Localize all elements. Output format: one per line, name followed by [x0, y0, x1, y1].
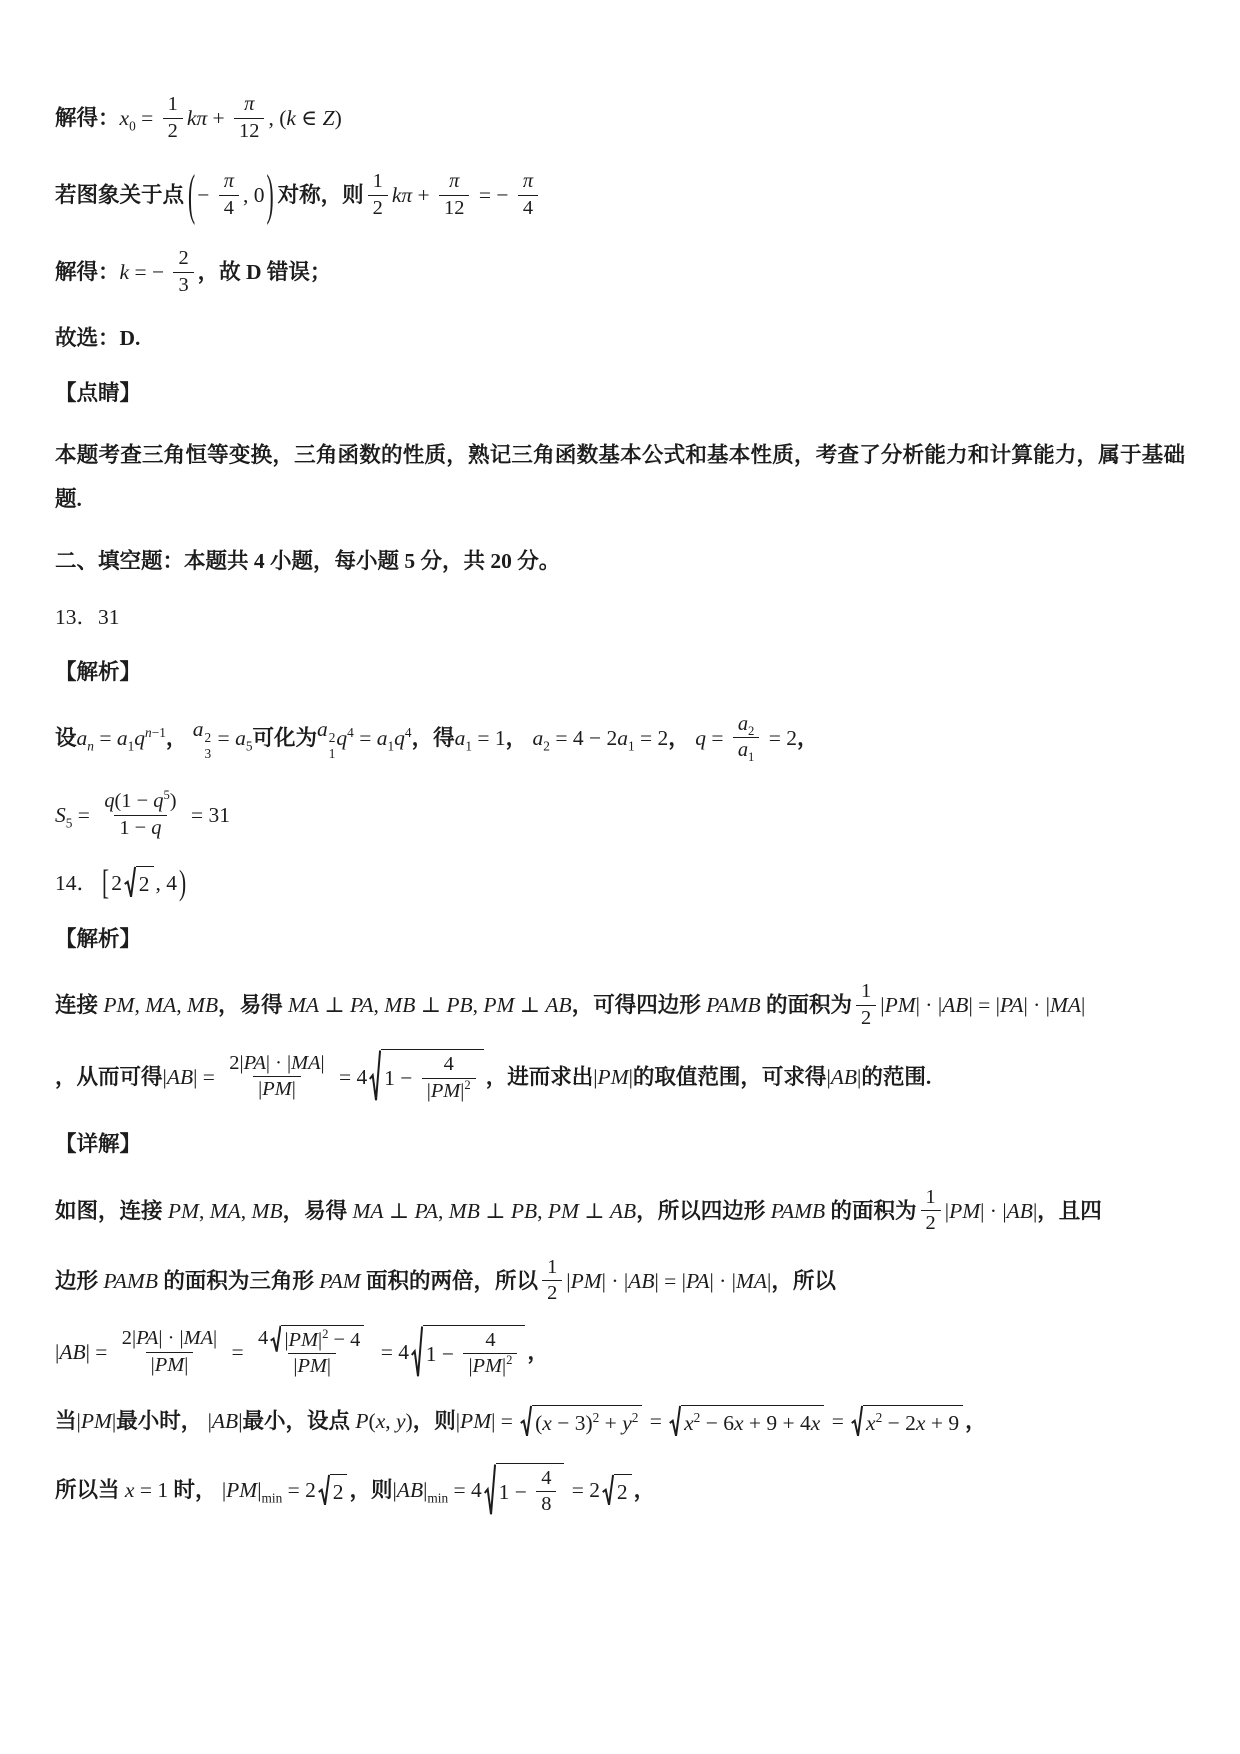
math-run: =	[644, 1406, 667, 1436]
text-run: 最小，设点	[243, 1406, 356, 1436]
fraction: π12	[234, 92, 264, 144]
math-run: 2|PA| · |MA|	[229, 1052, 324, 1074]
radical: 1 − 4|PM|2	[411, 1325, 525, 1380]
subscripted-term: a1	[117, 723, 134, 753]
superscripted-term: |PM|2	[427, 1080, 471, 1102]
math-run: |PM| · |AB|	[945, 1196, 1038, 1226]
math-run: 1	[373, 170, 383, 192]
math-run: |PM|	[593, 1062, 633, 1092]
math-run: 2	[861, 1007, 871, 1029]
math-run: |PM|	[293, 1355, 331, 1377]
fence-content: 22, 4	[111, 866, 177, 899]
math-run: PAMB	[771, 1196, 826, 1226]
math-run: 1	[547, 1256, 557, 1278]
math-run: = 2	[282, 1475, 316, 1505]
math-run: 1	[168, 93, 178, 115]
numerator: 2|PA| · |MA|	[224, 1051, 329, 1077]
math-run: =	[94, 723, 117, 753]
subscripted-term: a2	[533, 723, 550, 753]
radical: 1 − 48	[484, 1463, 565, 1518]
text-run: 的面积为	[825, 1196, 916, 1226]
math-run: P(x, y)	[355, 1406, 412, 1436]
text-run: 【点睛】	[55, 381, 141, 405]
math-run: |PM|	[222, 1478, 262, 1502]
fraction: q(1 − q5)1 − q	[99, 789, 181, 841]
math-run: |AB| =	[163, 1062, 221, 1092]
text-run: 若图象关于点	[55, 180, 184, 210]
fraction: a2a1	[733, 712, 760, 764]
radical: x2 − 2x + 9	[851, 1405, 963, 1438]
fraction: 4|PM|2	[463, 1328, 517, 1380]
math-run: |PM|	[284, 1329, 322, 1351]
math-run: π	[523, 170, 533, 192]
math-run: , 4	[156, 868, 178, 898]
text-run: 解得：	[55, 257, 120, 287]
radicand: 2	[136, 866, 154, 899]
fence-content: − π4, 0	[197, 169, 264, 221]
math-run: , (k ∈ Z)	[268, 103, 341, 133]
text-run: 二、填空题：本题共 4 小题，每小题 5 分，共 20 分。	[55, 549, 560, 573]
math-run: |PM| · |AB| = |PA| · |MA|	[566, 1266, 771, 1296]
radicand: 2	[330, 1474, 348, 1507]
fraction: 12	[163, 92, 183, 144]
text-run: ，故 D 错误；	[198, 257, 332, 287]
numerator: q(1 − q5)	[99, 789, 181, 815]
fraction: 2|PA| · |MA||PM|	[117, 1326, 222, 1378]
para-detail-line1: 如图，连接 PM, MA, MB，易得 MA ⊥ PA, MB ⊥ PB, PM…	[55, 1185, 1185, 1237]
formula-ab-expression: |AB| = 2|PA| · |MA||PM| = 4|PM|2 − 4|PM|…	[55, 1325, 1185, 1380]
math-run: |AB|	[826, 1062, 861, 1092]
math-run: 2|PA| · |MA|	[122, 1327, 217, 1349]
close-delimiter: )	[177, 859, 188, 907]
formula-geometric-setup: 设an = a1qn−1， a23 = a5可化为a21q4 = a1q4，得a…	[55, 712, 1185, 764]
text-run: ，则	[349, 1475, 392, 1505]
math-run: a	[738, 713, 748, 735]
radical: 1 − 4|PM|2	[369, 1049, 483, 1104]
text-run: 对称，则	[278, 180, 364, 210]
math-run: π	[449, 170, 459, 192]
text-run: ，进而求出	[486, 1062, 594, 1092]
math-run: 1 −	[426, 1339, 460, 1369]
fraction: 12	[921, 1185, 941, 1237]
fraction: 4|PM|2 − 4|PM|	[253, 1325, 371, 1380]
fraction: 23	[173, 246, 193, 298]
text-run: 连接	[55, 990, 103, 1020]
denominator: 8	[536, 1491, 556, 1518]
math-run: a	[377, 726, 388, 750]
sub-sup-term: a21	[317, 714, 336, 762]
math-run: 13．31	[55, 605, 120, 629]
numerator: 1	[856, 979, 876, 1005]
formula-solve-x0: 解得：x0 = 12kπ + π12, (k ∈ Z)	[55, 92, 1185, 144]
fraction: π12	[439, 169, 469, 221]
math-run: a	[455, 726, 466, 750]
text-run: ，易得	[218, 990, 288, 1020]
text-run: 如图，连接	[55, 1196, 168, 1226]
math-run: 4	[258, 1327, 268, 1349]
superscripted-term: q4	[336, 723, 353, 753]
radical: 2	[602, 1474, 632, 1507]
fenced-group: (− π4, 0)	[186, 169, 276, 221]
math-run: 1 −	[499, 1477, 533, 1507]
math-run: 4	[444, 1053, 454, 1075]
text-run: ，所以四边形	[636, 1196, 770, 1226]
radical: |PM|2 − 4	[270, 1325, 364, 1354]
math-run: a	[533, 726, 544, 750]
math-run: 12	[239, 120, 259, 142]
numerator: 4	[536, 1466, 556, 1492]
denominator: 4	[518, 195, 538, 222]
math-run: 1 − q	[119, 817, 161, 839]
math-run: |PM|	[151, 1354, 189, 1376]
math-run: − 4	[328, 1328, 360, 1354]
heading-dianjing: 【点睛】	[55, 378, 1185, 408]
math-run: |PM|	[77, 1406, 117, 1436]
numerator: π	[518, 169, 538, 195]
subscripted-term: x0	[120, 103, 136, 133]
math-run: S	[55, 803, 66, 827]
math-run: MA ⊥ PA, MB ⊥ PB, PM ⊥ AB	[352, 1196, 636, 1226]
numerator: 4|PM|2 − 4	[253, 1325, 371, 1354]
para-analysis-line1: 连接 PM, MA, MB，易得 MA ⊥ PA, MB ⊥ PB, PM ⊥ …	[55, 979, 1185, 1031]
math-run: |PM|	[258, 1078, 296, 1100]
text-run: 所以当	[55, 1475, 125, 1505]
numerator: 4	[480, 1328, 500, 1354]
radical-icon	[369, 1049, 381, 1104]
radical: 2	[318, 1474, 348, 1507]
text-run: 本题考查三角恒等变换，三角函数的性质，熟记三角函数基本公式和基本性质，考查了分析…	[55, 443, 1185, 511]
numerator: 1	[542, 1255, 562, 1281]
radical-icon	[669, 1405, 681, 1438]
math-run: q(1 −	[104, 790, 153, 812]
subscripted-term: a1	[617, 723, 634, 753]
formula-min-values: 所以当 x = 1 时， |PM|min = 22，则|AB|min = 41 …	[55, 1463, 1185, 1518]
denominator: |PM|	[146, 1352, 194, 1379]
math-run: =	[212, 723, 235, 753]
math-run: −	[197, 180, 215, 210]
math-run: π	[224, 170, 234, 192]
math-run: 3	[178, 274, 188, 296]
math-run: 1	[926, 1186, 936, 1208]
math-run: x	[684, 1411, 694, 1435]
para-analysis-line2: ，从而可得|AB| = 2|PA| · |MA||PM| = 41 − 4|PM…	[55, 1049, 1185, 1104]
text-run: 的范围.	[861, 1062, 931, 1092]
radicand: |PM|2 − 4	[281, 1325, 364, 1354]
fraction: 4|PM|2	[422, 1052, 476, 1104]
text-run: 面积的两倍，所以	[361, 1266, 538, 1296]
denominator: |PM|	[253, 1076, 301, 1103]
radical-icon	[270, 1325, 281, 1354]
text-run: 解得：	[55, 103, 120, 133]
math-run: 2	[111, 868, 122, 898]
para-comment: 本题考查三角恒等变换，三角函数的性质，熟记三角函数基本公式和基本性质，考查了分析…	[55, 433, 1185, 521]
math-run: k = −	[120, 257, 170, 287]
text-run: 故选：D.	[55, 326, 140, 350]
math-run: a	[738, 739, 748, 761]
numerator: 2|PA| · |MA|	[117, 1326, 222, 1352]
text-run: ，	[668, 723, 695, 753]
answer-13: 13．31	[55, 602, 1185, 632]
math-run: |PM| =	[456, 1406, 519, 1436]
subscripted-term: |PM|min	[222, 1475, 282, 1505]
para-detail-line2: 边形 PAMB 的面积为三角形 PAM 面积的两倍，所以12|PM| · |AB…	[55, 1255, 1185, 1307]
math-run: , 0	[243, 180, 265, 210]
radicand: x2 − 2x + 9	[863, 1405, 963, 1438]
radical-icon	[124, 866, 136, 899]
math-run: 2	[139, 869, 150, 899]
subscripted-term: a1	[455, 723, 472, 753]
radical: 2	[124, 866, 154, 899]
math-run: = 4	[334, 1062, 368, 1092]
math-run: |AB|	[208, 1406, 243, 1436]
math-run: = 31	[186, 800, 230, 830]
superscripted-term: q4	[394, 723, 411, 753]
radical-icon	[411, 1325, 423, 1380]
math-run: = 1	[472, 723, 506, 753]
math-run: 2	[617, 1477, 628, 1507]
document-page: 解得：x0 = 12kπ + π12, (k ∈ Z) 若图象关于点(− π4,…	[0, 0, 1240, 1518]
formula-pm-distance: 当|PM|最小时， |AB|最小，设点 P(x, y)，则|PM| = (x −…	[55, 1405, 1185, 1438]
superscripted-term: y2	[622, 1408, 638, 1438]
subscripted-term: a5	[235, 723, 252, 753]
math-run: |PM|	[427, 1080, 465, 1102]
math-run: = 4	[448, 1475, 482, 1505]
radicand: x2 − 6x + 9 + 4x	[681, 1405, 824, 1438]
math-run: 14．	[55, 868, 98, 898]
numerator: 1	[921, 1185, 941, 1211]
math-run: q =	[695, 723, 729, 753]
formula-symmetry-condition: 若图象关于点(− π4, 0)对称，则12kπ + π12 = − π4	[55, 169, 1185, 221]
math-run: PM, MA, MB	[168, 1196, 283, 1226]
sub-sup-term: a23	[193, 714, 212, 762]
text-run: ，从而可得	[55, 1062, 163, 1092]
math-run: a	[117, 726, 128, 750]
text-run: ，	[965, 1406, 987, 1436]
math-run: PAMB	[103, 1266, 158, 1296]
math-run: kπ +	[187, 103, 230, 133]
radicand: 1 − 48	[496, 1463, 565, 1518]
math-run: PAM	[319, 1266, 360, 1296]
math-run: 2	[373, 197, 383, 219]
text-run: 可化为	[252, 723, 317, 753]
math-run: kπ +	[392, 180, 435, 210]
math-run: q	[134, 726, 145, 750]
denominator: a1	[733, 737, 760, 764]
math-run: − 6x + 9 + 4x	[700, 1408, 820, 1438]
fraction: π4	[518, 169, 538, 221]
fraction: 12	[856, 979, 876, 1031]
denominator: 2	[542, 1280, 562, 1307]
denominator: 2	[368, 195, 388, 222]
math-run: = 4	[375, 1337, 409, 1367]
math-run: a	[193, 717, 204, 741]
formula-solve-k: 解得：k = − 23，故 D 错误；	[55, 246, 1185, 298]
answer-14: 14．[22, 4)	[55, 866, 1185, 899]
math-run: 8	[541, 1493, 551, 1515]
math-run: = 2	[566, 1475, 600, 1505]
denominator: 2	[163, 118, 183, 145]
superscripted-term: qn−1	[134, 723, 166, 753]
superscripted-term: x2	[684, 1408, 700, 1438]
superscripted-term: q5	[153, 790, 170, 812]
subscripted-term: a2	[738, 713, 755, 735]
text-run: 【解析】	[55, 927, 141, 951]
text-run: 的面积为三角形	[158, 1266, 319, 1296]
math-run: a	[317, 717, 328, 741]
subscripted-term: a1	[377, 723, 394, 753]
text-run: ，得	[412, 723, 455, 753]
open-delimiter: [	[100, 859, 111, 907]
math-run: q	[153, 790, 163, 812]
radical-icon	[602, 1474, 614, 1507]
math-run: a	[617, 726, 628, 750]
text-run: ，	[797, 723, 819, 753]
radical-icon	[318, 1474, 330, 1507]
fraction: 12	[368, 169, 388, 221]
text-run: ，	[527, 1337, 549, 1367]
heading-section-two: 二、填空题：本题共 4 小题，每小题 5 分，共 20 分。	[55, 546, 1185, 576]
text-run: ，所以	[771, 1266, 836, 1296]
math-run: |AB|	[392, 1478, 427, 1502]
math-run: 4	[541, 1467, 551, 1489]
fraction: π4	[219, 169, 239, 221]
math-run: y	[622, 1411, 632, 1435]
radicand: (x − 3)2 + y2	[532, 1405, 642, 1438]
fraction: 48	[536, 1466, 556, 1518]
math-run: PM, MA, MB	[103, 990, 218, 1020]
text-run: 的取值范围，可求得	[633, 1062, 827, 1092]
text-run: ，且四	[1037, 1196, 1102, 1226]
denominator: |PM|2	[463, 1353, 517, 1380]
math-run: = 4 − 2	[550, 723, 617, 753]
math-run: − 2x + 9	[882, 1408, 959, 1438]
answer-choice-d: 故选：D.	[55, 323, 1185, 353]
math-run: =	[226, 1337, 249, 1367]
text-run: ，	[634, 1475, 656, 1505]
math-run: q	[336, 726, 347, 750]
subscripted-term: |AB|min	[392, 1475, 448, 1505]
text-run: 【详解】	[55, 1132, 141, 1156]
text-run: 的面积为	[761, 990, 852, 1020]
denominator: |PM|	[288, 1353, 336, 1380]
numerator: 2	[173, 246, 193, 272]
superscripted-term: |PM|2	[284, 1328, 328, 1354]
text-run: 设	[55, 723, 77, 753]
math-run: π	[244, 93, 254, 115]
radicand: 1 − 4|PM|2	[423, 1325, 526, 1380]
radical: x2 − 6x + 9 + 4x	[669, 1405, 824, 1438]
math-run: x	[866, 1411, 876, 1435]
text-run: 最小时，	[116, 1406, 207, 1436]
numerator: a2	[733, 712, 760, 738]
math-run: a	[77, 726, 88, 750]
denominator: 3	[173, 272, 193, 299]
numerator: π	[219, 169, 239, 195]
text-run: ，可得四边形	[572, 990, 706, 1020]
subscripted-term: a1	[738, 739, 755, 761]
fenced-group: [22, 4)	[100, 866, 188, 899]
text-run: 当	[55, 1406, 77, 1436]
denominator: 1 − q	[114, 815, 166, 842]
text-run: ，	[506, 723, 533, 753]
denominator: 2	[856, 1005, 876, 1032]
math-run: = −	[473, 180, 513, 210]
math-run: +	[599, 1408, 622, 1438]
numerator: 1	[368, 169, 388, 195]
denominator: 12	[234, 118, 264, 145]
superscripted-term: (x − 3)2	[535, 1408, 599, 1438]
formula-s5: S5 = q(1 − q5)1 − q = 31	[55, 789, 1185, 841]
math-run: 1 −	[384, 1063, 418, 1093]
numerator: π	[444, 169, 464, 195]
math-run: PAMB	[706, 990, 761, 1020]
text-run: 【解析】	[55, 660, 141, 684]
math-run: |PM|	[468, 1355, 506, 1377]
math-run: 4	[224, 197, 234, 219]
subscripted-term: an	[77, 723, 94, 753]
math-run: 4	[523, 197, 533, 219]
denominator: |PM|2	[422, 1078, 476, 1105]
math-run: =	[354, 723, 377, 753]
radicand: 2	[614, 1474, 632, 1507]
math-run: 2	[168, 120, 178, 142]
math-run: 2	[547, 1282, 557, 1304]
math-run: =	[826, 1406, 849, 1436]
open-delimiter: (	[186, 156, 197, 234]
math-run: 4	[485, 1329, 495, 1351]
math-run: (x − 3)	[535, 1411, 593, 1435]
text-run: 时，	[168, 1475, 222, 1505]
denominator: 2	[921, 1210, 941, 1237]
superscripted-term: |PM|2	[468, 1355, 512, 1377]
subscripted-term: S5	[55, 800, 72, 830]
heading-jiexi-13: 【解析】	[55, 657, 1185, 687]
superscripted-term: x2	[866, 1408, 882, 1438]
math-run: = 2	[763, 723, 797, 753]
math-run: a	[235, 726, 246, 750]
math-run: =	[136, 103, 159, 133]
math-run: )	[170, 790, 177, 812]
close-delimiter: )	[264, 156, 275, 234]
math-run: x = 1	[125, 1475, 168, 1505]
heading-xiangjie: 【详解】	[55, 1129, 1185, 1159]
text-run: ，易得	[283, 1196, 353, 1226]
numerator: 1	[163, 92, 183, 118]
math-run: 2	[926, 1212, 936, 1234]
math-run: x	[120, 106, 130, 130]
math-run: MA ⊥ PA, MB ⊥ PB, PM ⊥ AB	[288, 990, 572, 1020]
radical-icon	[851, 1405, 863, 1438]
radicand: 1 − 4|PM|2	[381, 1049, 484, 1104]
denominator: 12	[439, 195, 469, 222]
math-run: 12	[444, 197, 464, 219]
math-run: q	[394, 726, 405, 750]
text-run: ，	[166, 723, 193, 753]
heading-jiexi-14: 【解析】	[55, 924, 1185, 954]
fraction: 2|PA| · |MA||PM|	[224, 1051, 329, 1103]
numerator: π	[239, 92, 259, 118]
math-run: = 2	[635, 723, 669, 753]
radical-icon	[484, 1463, 496, 1518]
numerator: 4	[439, 1052, 459, 1078]
radical-icon	[520, 1405, 532, 1438]
math-run: 1	[861, 980, 871, 1002]
math-run: 2	[333, 1477, 344, 1507]
text-run: ，则	[413, 1406, 456, 1436]
radical: (x − 3)2 + y2	[520, 1405, 642, 1438]
math-run: 2	[178, 247, 188, 269]
math-run: =	[72, 800, 95, 830]
